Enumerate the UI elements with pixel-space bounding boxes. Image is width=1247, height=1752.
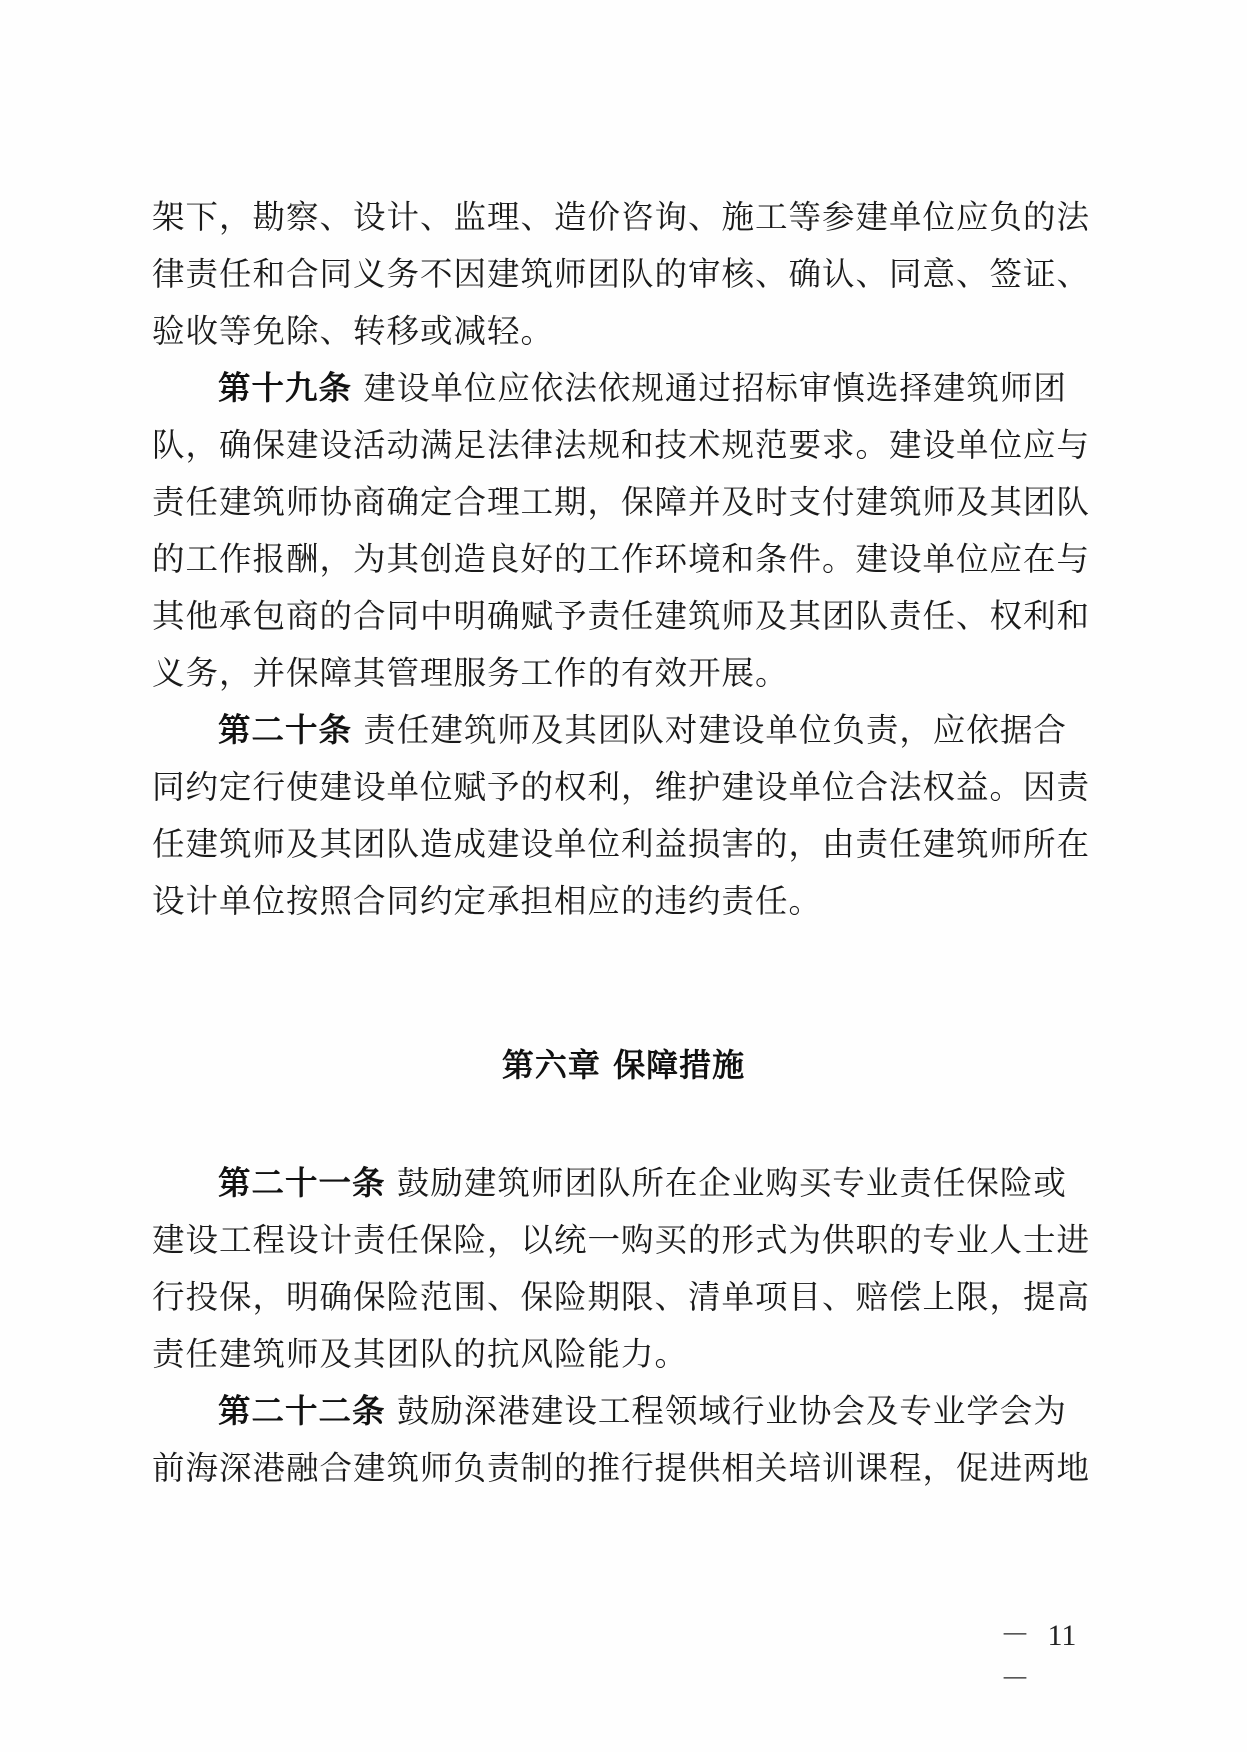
document-page: 架下，勘察、设计、监理、造价咨询、施工等参建单位应负的法 律责任和合同义务不因建… [0, 0, 1247, 1752]
paragraph-line: 架下，勘察、设计、监理、造价咨询、施工等参建单位应负的法 [152, 197, 1092, 237]
article-19-text: 建设单位应依法依规通过招标审慎选择建筑师团 [363, 369, 1067, 407]
paragraph-line: 律责任和合同义务不因建筑师团队的审核、确认、同意、签证、 [152, 254, 1092, 294]
article-20-label: 第二十条 [218, 711, 352, 749]
article-21-text: 鼓励建筑师团队所在企业购买专业责任保险或 [397, 1164, 1067, 1202]
article-19-first-line: 第十九条 建设单位应依法依规通过招标审慎选择建筑师团 [218, 368, 1092, 408]
article-22-first-line: 第二十二条 鼓励深港建设工程领域行业协会及专业学会为 [218, 1391, 1092, 1431]
paragraph-line: 责任建筑师及其团队的抗风险能力。 [152, 1334, 1092, 1374]
chapter-heading: 第六章 保障措施 [0, 1045, 1247, 1085]
article-22-text: 鼓励深港建设工程领域行业协会及专业学会为 [397, 1392, 1067, 1430]
paragraph-line: 其他承包商的合同中明确赋予责任建筑师及其团队责任、权利和 [152, 596, 1092, 636]
paragraph-line: 任建筑师及其团队造成建设单位利益损害的，由责任建筑师所在 [152, 824, 1092, 864]
paragraph-line: 责任建筑师协商确定合理工期，保障并及时支付建筑师及其团队 [152, 482, 1092, 522]
article-20-text: 责任建筑师及其团队对建设单位负责，应依据合 [363, 711, 1067, 749]
article-19-label: 第十九条 [218, 369, 352, 407]
paragraph-line: 建设工程设计责任保险，以统一购买的形式为供职的专业人士进 [152, 1220, 1092, 1260]
article-20-first-line: 第二十条 责任建筑师及其团队对建设单位负责，应依据合 [218, 710, 1092, 750]
paragraph-line: 同约定行使建设单位赋予的权利，维护建设单位合法权益。因责 [152, 767, 1092, 807]
paragraph-line: 队，确保建设活动满足法律法规和技术规范要求。建设单位应与 [152, 425, 1092, 465]
paragraph-line: 验收等免除、转移或减轻。 [152, 311, 1092, 351]
article-22-label: 第二十二条 [218, 1392, 386, 1430]
page-number: － 11 － [1000, 1610, 1110, 1698]
article-21-label: 第二十一条 [218, 1164, 386, 1202]
paragraph-line: 的工作报酬，为其创造良好的工作环境和条件。建设单位应在与 [152, 539, 1092, 579]
article-21-first-line: 第二十一条 鼓励建筑师团队所在企业购买专业责任保险或 [218, 1163, 1092, 1203]
paragraph-line: 前海深港融合建筑师负责制的推行提供相关培训课程，促进两地 [152, 1448, 1092, 1488]
paragraph-line: 设计单位按照合同约定承担相应的违约责任。 [152, 881, 1092, 921]
paragraph-line: 义务，并保障其管理服务工作的有效开展。 [152, 653, 1092, 693]
paragraph-line: 行投保，明确保险范围、保险期限、清单项目、赔偿上限，提高 [152, 1277, 1092, 1317]
